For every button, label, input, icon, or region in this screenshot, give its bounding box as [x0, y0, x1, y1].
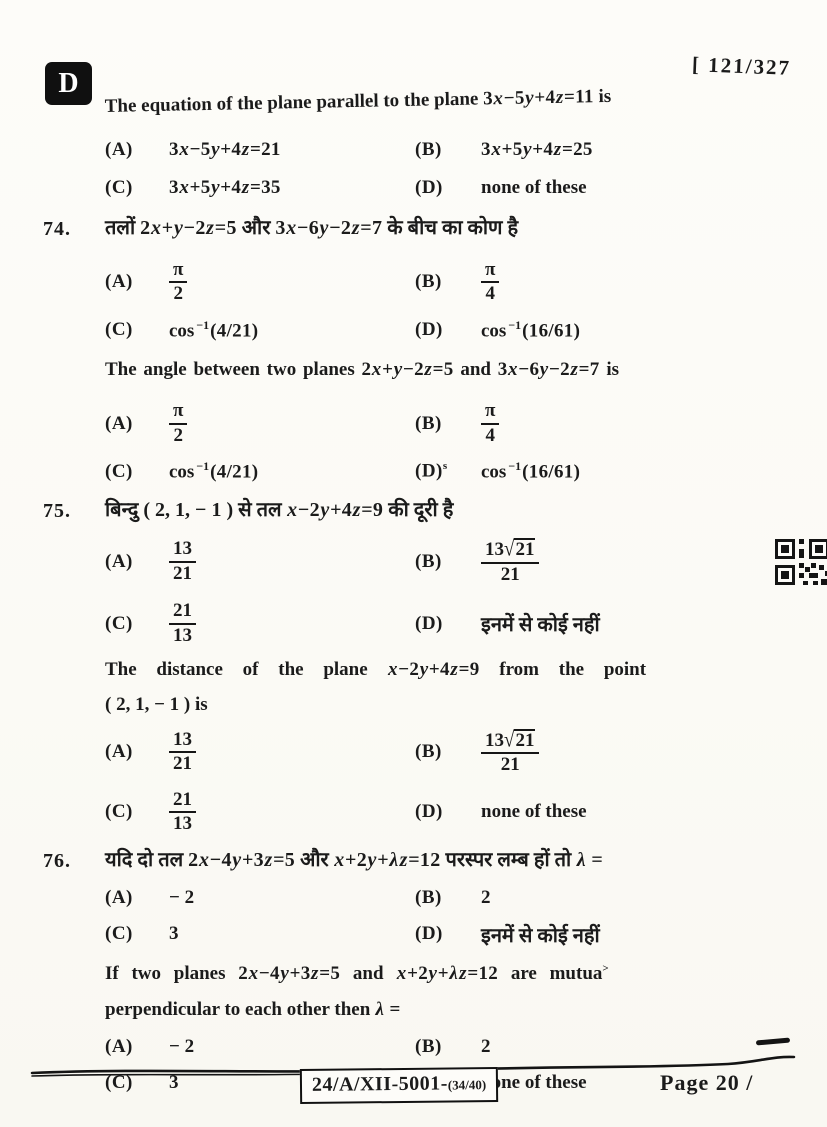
fraction-numerator: π — [481, 260, 499, 284]
fraction-denominator: 21 — [169, 563, 196, 585]
lambda-symbol: λ — [576, 849, 586, 871]
option-b-value: 3x+5y+4z=25 — [481, 139, 827, 161]
option-b-label: (B) — [415, 413, 481, 435]
equation: x−2y+4z=9 — [387, 659, 479, 680]
question-74-hindi: 74.तलों 2x+y−2z=5 और 3x−6y−2z=7 के बीच क… — [105, 215, 809, 241]
equation: 3x−6y−2z=7 — [498, 359, 600, 380]
fraction-numerator: 21 — [169, 601, 196, 625]
option-c-label: (C) — [105, 319, 169, 341]
fraction-denominator: 2 — [169, 425, 187, 447]
option-b-value: 13√2121 — [481, 729, 827, 776]
options-row: (A) π2 (B) π4 — [105, 255, 827, 309]
fraction-numerator: 13 — [169, 539, 196, 563]
question-text: = — [586, 849, 602, 871]
option-b-value: π4 — [481, 401, 827, 446]
function-argument: (16/61) — [522, 321, 580, 342]
function-exponent: −1 — [196, 318, 209, 332]
option-d-label: (D)s — [415, 460, 481, 482]
function-exponent: −1 — [508, 459, 521, 473]
square-root: √21 — [504, 538, 535, 561]
option-a-label: (A) — [105, 741, 169, 763]
question-text: are mutua — [498, 963, 602, 984]
coefficient: 13 — [485, 730, 504, 751]
option-d-value: इनमें से कोई नहीं — [481, 921, 827, 948]
question-text: = — [385, 999, 401, 1020]
fraction: π2 — [169, 401, 187, 446]
option-a-value: 3x−5y+4z=21 — [169, 139, 415, 161]
option-d-value: cos−1(16/61) — [481, 318, 827, 342]
question-text: and — [340, 963, 396, 984]
fraction-denominator: 2 — [169, 283, 187, 305]
option-c-value: cos−1(4/21) — [169, 318, 415, 342]
equation: x+2y+λz=12 — [396, 963, 498, 984]
fraction-numerator: π — [169, 260, 187, 284]
option-d-value: इनमें से कोई नहीं — [481, 610, 827, 637]
question-76-hindi: 76.यदि दो तल 2x−4y+3z=5 और x+2y+λz=12 पर… — [105, 847, 809, 873]
option-d-label: (D) — [415, 177, 481, 199]
radicand: 21 — [514, 729, 535, 752]
option-c-value: 2113 — [169, 790, 415, 835]
fraction-numerator: 21 — [169, 790, 196, 814]
option-d-label: (D) — [415, 923, 481, 945]
equation: x−2y+4z=9 — [287, 499, 384, 521]
option-b-label: (B) — [415, 271, 481, 293]
fraction-numerator: 13√21 — [481, 538, 539, 564]
question-text: के बीच का कोण है — [382, 217, 518, 239]
option-d-label: (D) — [415, 319, 481, 341]
equation: 2x−4y+3z=5 — [238, 963, 340, 984]
option-c-value: cos−1(4/21) — [169, 459, 415, 483]
option-c-value: 3 — [169, 923, 415, 945]
option-c-label: (C) — [105, 177, 169, 199]
scan-artifact: > — [602, 963, 608, 975]
option-c-value: 3x+5y+4z=35 — [169, 177, 415, 199]
question-75-english-line2: ( 2, 1, − 1 ) is — [105, 692, 809, 717]
question-text: और — [295, 849, 334, 871]
function-name: cos — [481, 321, 506, 342]
fraction-denominator: 13 — [169, 813, 196, 835]
option-a-label: (A) — [105, 887, 169, 909]
options-row: (A) − 2 (B) 2 — [105, 883, 827, 913]
option-c-label: (C) — [105, 613, 169, 635]
options-row: (A) π2 (B) π4 — [105, 397, 827, 451]
fraction: π4 — [481, 401, 499, 446]
question-top-text: The equation of the plane parallel to th… — [104, 80, 808, 119]
option-c-value: 2113 — [169, 601, 415, 646]
options-row: (A) 3x−5y+4z=21 (B) 3x+5y+4z=25 — [105, 135, 827, 165]
question-text: बिन्दु ( 2, 1, − 1 ) से तल — [105, 499, 287, 521]
option-c-label: (C) — [105, 923, 169, 945]
option-d-label: (D) — [415, 801, 481, 823]
paper-code-suffix: (34/40) — [448, 1077, 486, 1092]
fraction: π2 — [169, 260, 187, 305]
options-row: (C) cos−1(4/21) (D) cos−1(16/61) — [105, 315, 827, 345]
page-content: The equation of the plane parallel to th… — [0, 0, 827, 1098]
function-name: cos — [481, 462, 506, 483]
option-b-label: (B) — [415, 139, 481, 161]
question-text: perpendicular to each other then — [105, 999, 375, 1020]
question-number: 75. — [43, 498, 71, 524]
radicand: 21 — [514, 538, 535, 561]
fraction-denominator: 21 — [481, 564, 539, 586]
function-argument: (4/21) — [210, 321, 258, 342]
qr-code — [773, 537, 827, 587]
fraction: 2113 — [169, 601, 196, 646]
fraction: 13√2121 — [481, 729, 539, 776]
function-exponent: −1 — [508, 318, 521, 332]
question-text: तलों — [105, 217, 140, 239]
option-a-value: π2 — [169, 401, 415, 446]
question-number: 74. — [43, 216, 71, 242]
equation: 2x+y−2z=5 — [361, 359, 453, 380]
equation: 3x−5y+4z=11 — [483, 86, 594, 109]
fraction: π4 — [481, 260, 499, 305]
option-b-label: (B) — [415, 551, 481, 573]
fraction-numerator: 13√21 — [481, 729, 539, 755]
options-row: (C) cos−1(4/21) (D)s cos−1(16/61) — [105, 457, 827, 487]
option-a-label: (A) — [105, 413, 169, 435]
fraction: 1321 — [169, 539, 196, 584]
fraction-denominator: 13 — [169, 625, 196, 647]
question-76-english-line1: If two planes 2x−4y+3z=5 and x+2y+λz=12 … — [105, 961, 809, 986]
function-argument: (4/21) — [210, 462, 258, 483]
question-text: और — [237, 217, 276, 239]
option-b-value: 2 — [481, 887, 827, 909]
options-row: (C) 3x+5y+4z=35 (D) none of these — [105, 173, 827, 203]
question-text: The angle between two planes — [105, 359, 361, 380]
lambda-symbol: λ — [375, 999, 385, 1020]
options-row: (C) 2113 (D) इनमें से कोई नहीं — [105, 597, 827, 651]
option-a-value: π2 — [169, 260, 415, 305]
question-text: is — [600, 359, 619, 380]
scan-artifact: s — [443, 460, 448, 472]
question-number: 76. — [43, 848, 71, 874]
option-a-label: (A) — [105, 271, 169, 293]
question-76-english-line2: perpendicular to each other then λ = — [105, 997, 809, 1022]
fraction-numerator: π — [481, 401, 499, 425]
paper-code-box: 24/A/XII-5001-(34/40) — [300, 1067, 499, 1104]
equation: 3x−6y−2z=7 — [275, 217, 382, 239]
radical-icon: √ — [504, 729, 514, 753]
function-exponent: −1 — [196, 459, 209, 473]
question-75-hindi: 75.बिन्दु ( 2, 1, − 1 ) से तल x−2y+4z=9 … — [105, 497, 809, 523]
question-text: The equation of the plane parallel to th… — [105, 88, 484, 117]
option-c-label: (C) — [105, 461, 169, 483]
option-b-label: (B) — [415, 887, 481, 909]
fraction-denominator: 4 — [481, 283, 499, 305]
question-text: The distance of the plane — [105, 659, 387, 680]
option-a-label: (A) — [105, 139, 169, 161]
function-name: cos — [169, 462, 194, 483]
fraction: 2113 — [169, 790, 196, 835]
options-row: (C) 2113 (D) none of these — [105, 785, 827, 839]
question-text: यदि दो तल — [105, 849, 188, 871]
question-text: की दूरी है — [383, 499, 453, 521]
fraction-denominator: 21 — [169, 753, 196, 775]
option-a-value: − 2 — [169, 887, 415, 909]
options-row: (A) 1321 (B) 13√2121 — [105, 535, 827, 589]
fraction-numerator: 13 — [169, 730, 196, 754]
coefficient: 13 — [485, 539, 504, 560]
fraction-denominator: 4 — [481, 425, 499, 447]
option-b-value: π4 — [481, 260, 827, 305]
option-d-value: none of these — [481, 177, 827, 199]
question-74-english: The angle between two planes 2x+y−2z=5 a… — [105, 357, 809, 382]
fraction: 1321 — [169, 730, 196, 775]
equation: x+2y+λz=12 — [334, 849, 441, 871]
paper-code: 24/A/XII-5001- — [312, 1072, 448, 1095]
question-text: and — [454, 359, 498, 380]
question-text: परस्पर लम्ब हों तो — [441, 849, 577, 871]
question-text: from the point — [480, 659, 647, 680]
square-root: √21 — [504, 729, 535, 752]
fraction-numerator: π — [169, 401, 187, 425]
option-a-value: 1321 — [169, 539, 415, 584]
function-argument: (16/61) — [522, 462, 580, 483]
exam-page: [ 121/327 D The equation of the plane pa… — [0, 0, 827, 1127]
option-a-value: 1321 — [169, 730, 415, 775]
equation: 2x−4y+3z=5 — [188, 849, 295, 871]
option-label-text: (D) — [415, 461, 443, 482]
options-row: (A) 1321 (B) 13√2121 — [105, 725, 827, 779]
equation: 2x+y−2z=5 — [140, 217, 237, 239]
question-text: ( 2, 1, − 1 ) is — [105, 694, 208, 715]
fraction: 13√2121 — [481, 538, 539, 585]
option-d-label: (D) — [415, 613, 481, 635]
fraction-denominator: 21 — [481, 754, 539, 776]
function-name: cos — [169, 321, 194, 342]
question-75-english-line1: The distance of the plane x−2y+4z=9 from… — [105, 657, 809, 682]
radical-icon: √ — [504, 539, 514, 563]
question-text: If two planes — [105, 963, 238, 984]
option-a-label: (A) — [105, 551, 169, 573]
page-number: Page 20 / — [660, 1070, 753, 1096]
option-d-value: cos−1(16/61) — [481, 459, 827, 483]
option-b-label: (B) — [415, 741, 481, 763]
options-row: (C) 3 (D) इनमें से कोई नहीं — [105, 919, 827, 949]
option-d-value: none of these — [481, 801, 827, 823]
option-c-label: (C) — [105, 801, 169, 823]
question-text: is — [594, 86, 612, 107]
